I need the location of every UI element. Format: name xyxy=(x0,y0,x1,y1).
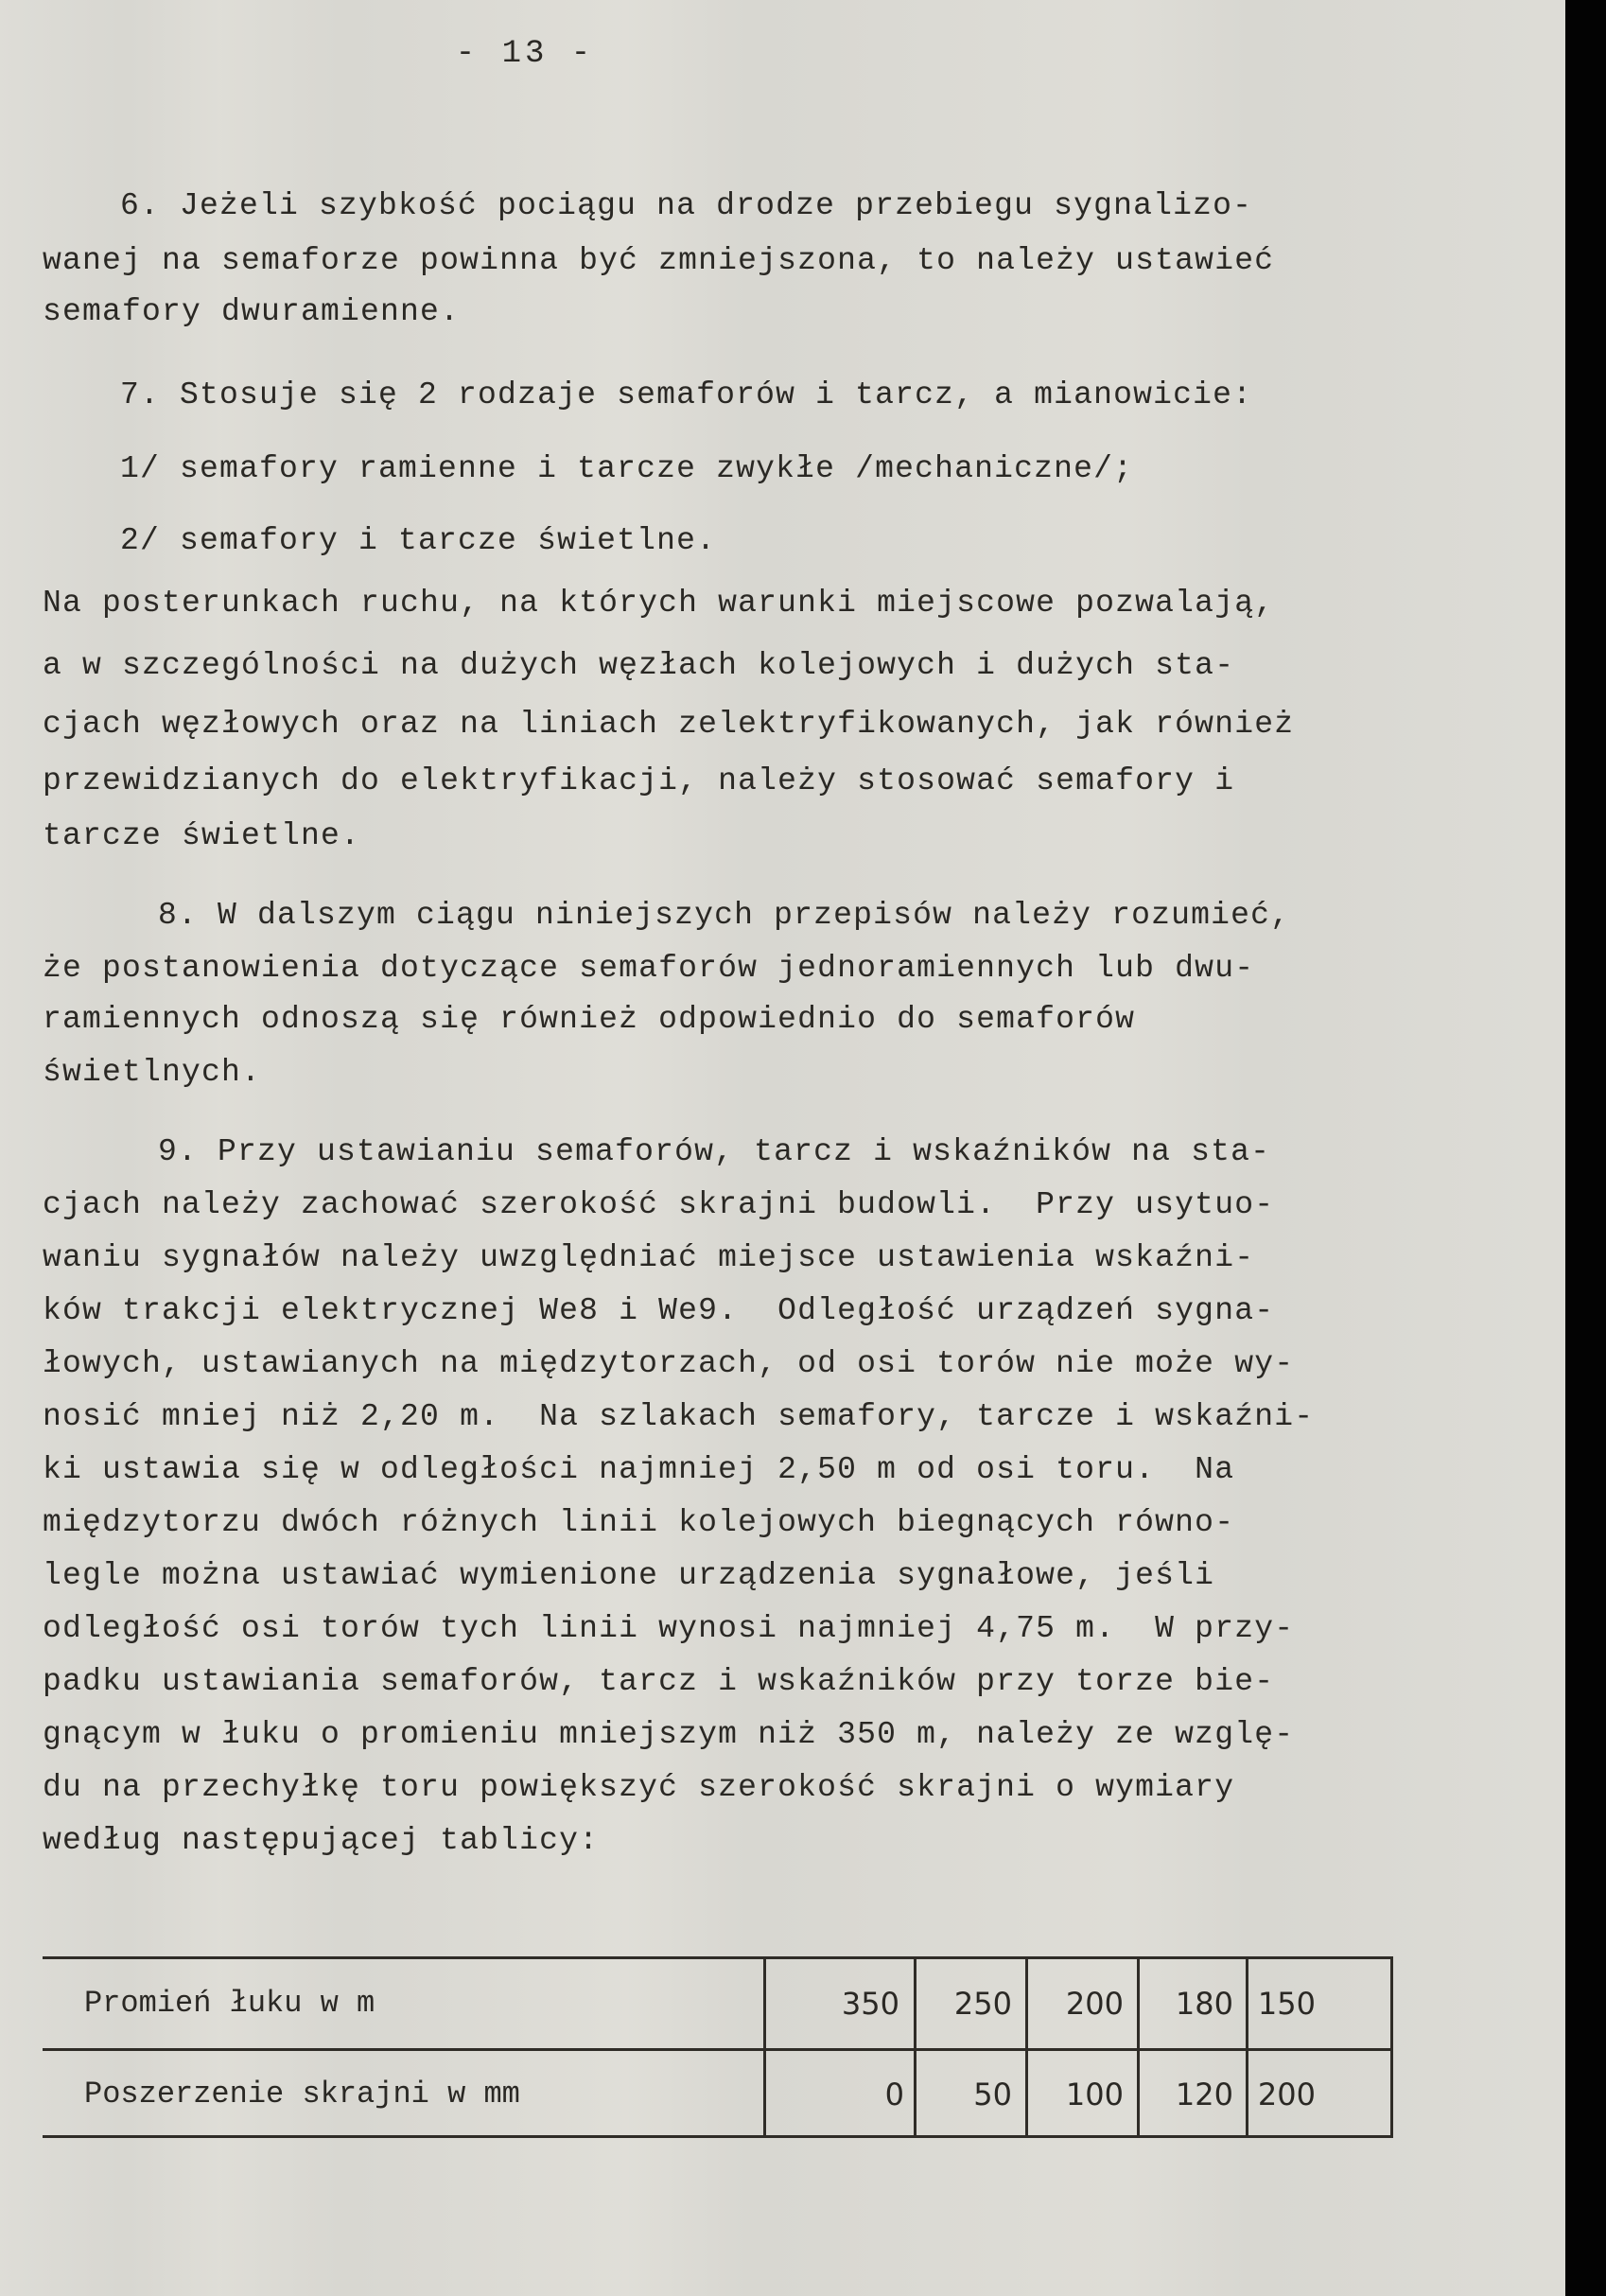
table-divider xyxy=(1390,1956,1393,2138)
table-cell: 120 xyxy=(1141,2076,1233,2113)
table-cell: 200 xyxy=(1029,1985,1124,2023)
table-cell: 250 xyxy=(917,1985,1012,2023)
paragraph-9-line: gnącym w łuku o promieniu mniejszym niż … xyxy=(43,1716,1294,1754)
paragraph-9-line: łowych, ustawianych na międzytorzach, od… xyxy=(43,1345,1294,1383)
paragraph-9-line: ki ustawia się w odległości najmniej 2,5… xyxy=(43,1451,1234,1489)
table-cell: 0 xyxy=(767,2076,904,2113)
paragraph-9-line: du na przechyłkę toru powiększyć szeroko… xyxy=(43,1769,1234,1807)
paragraph-9-line: 9. Przy ustawianiu semaforów, tarcz i ws… xyxy=(158,1133,1270,1171)
paragraph-9-line: legle można ustawiać wymienione urządzen… xyxy=(43,1557,1214,1595)
scan-border-right xyxy=(1565,0,1606,2296)
table-row-label: Poszerzenie skrajni w mm xyxy=(84,2076,520,2113)
table-cell: 100 xyxy=(1029,2076,1124,2113)
document-page: - 13 - 6. Jeżeli szybkość pociągu na dro… xyxy=(0,0,1565,2296)
paragraph-7b-line: cjach węzłowych oraz na liniach zelektry… xyxy=(43,706,1294,744)
paragraph-9-line: waniu sygnałów należy uwzględniać miejsc… xyxy=(43,1239,1254,1277)
table-row-label: Promień łuku w m xyxy=(84,1985,375,2023)
paragraph-9-line: według następującej tablicy: xyxy=(43,1822,599,1860)
table-divider xyxy=(914,1956,916,2138)
table-divider xyxy=(1025,1956,1028,2138)
table-cell: 180 xyxy=(1141,1985,1233,2023)
table-divider xyxy=(763,1956,766,2138)
table-cell: 150 xyxy=(1249,1985,1316,2023)
paragraph-7b-line: tarcze świetlne. xyxy=(43,817,360,855)
table-cell: 350 xyxy=(767,1985,899,2023)
table-cell: 50 xyxy=(917,2076,1012,2113)
page-number: - 13 - xyxy=(0,36,1050,72)
paragraph-7-list-item: 2/ semafory i tarcze świetlne. xyxy=(120,522,716,560)
paragraph-9-line: odległość osi torów tych linii wynosi na… xyxy=(43,1610,1294,1648)
paragraph-6-line: semafory dwuramienne. xyxy=(43,293,460,331)
paragraph-7-list-item: 1/ semafory ramienne i tarcze zwykłe /me… xyxy=(120,450,1133,488)
clearance-widening-table: Promień łuku w m 350 250 200 180 150 Pos… xyxy=(43,1956,1393,2138)
paragraph-7b-line: a w szczególności na dużych węzłach kole… xyxy=(43,647,1234,685)
table-rule-bottom xyxy=(43,2135,1393,2138)
paragraph-6-line: wanej na semaforze powinna być zmniejszo… xyxy=(43,242,1274,280)
paragraph-8-line: świetlnych. xyxy=(43,1054,261,1092)
paragraph-9-line: międzytorzu dwóch różnych linii kolejowy… xyxy=(43,1504,1234,1542)
table-divider xyxy=(1137,1956,1140,2138)
table-rule-top xyxy=(43,1956,1393,1959)
paragraph-9-line: nosić mniej niż 2,20 m. Na szlakach sema… xyxy=(43,1398,1314,1436)
paragraph-8-line: 8. W dalszym ciągu niniejszych przepisów… xyxy=(158,897,1290,935)
paragraph-6-line: 6. Jeżeli szybkość pociągu na drodze prz… xyxy=(120,187,1252,225)
paragraph-8-line: że postanowienia dotyczące semaforów jed… xyxy=(43,950,1254,988)
paragraph-7b-line: Na posterunkach ruchu, na których warunk… xyxy=(43,585,1274,622)
table-divider xyxy=(1246,1956,1248,2138)
paragraph-8-line: ramiennych odnoszą się również odpowiedn… xyxy=(43,1001,1135,1039)
table-cell: 200 xyxy=(1249,2076,1316,2113)
table-rule-middle xyxy=(43,2048,1393,2051)
paragraph-7b-line: przewidzianych do elektryfikacji, należy… xyxy=(43,762,1234,800)
paragraph-9-line: cjach należy zachować szerokość skrajni … xyxy=(43,1186,1274,1224)
paragraph-9-line: padku ustawiania semaforów, tarcz i wska… xyxy=(43,1663,1274,1701)
paragraph-7-line: 7. Stosuje się 2 rodzaje semaforów i tar… xyxy=(120,377,1252,414)
paragraph-9-line: ków trakcji elektrycznej We8 i We9. Odle… xyxy=(43,1292,1274,1330)
